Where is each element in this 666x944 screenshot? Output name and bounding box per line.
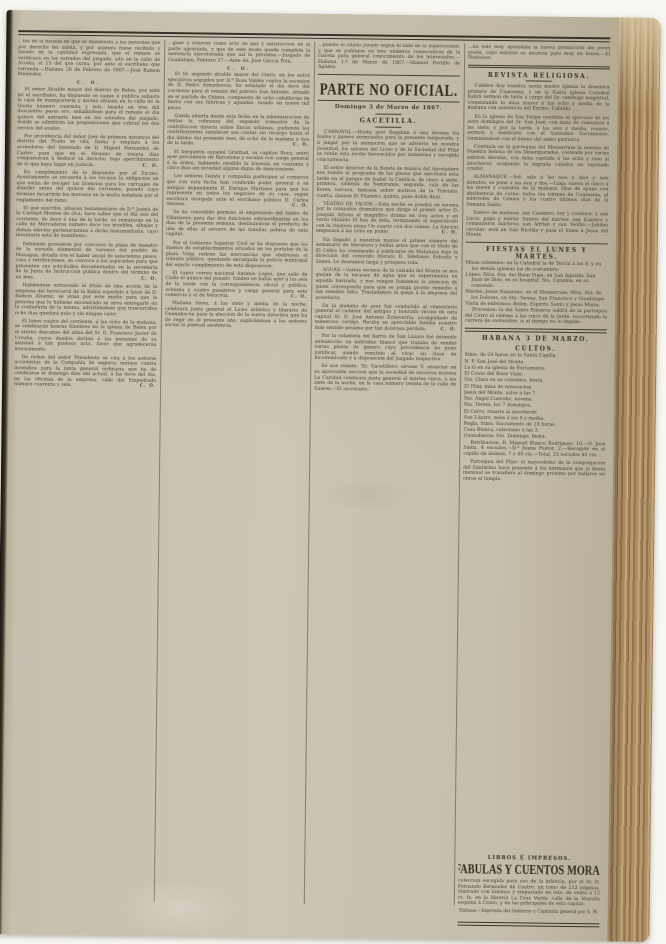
notice-paragraph: Retribucion: D. Manuel Blanco Rodriguez,… bbox=[463, 440, 605, 458]
column-4-flow: ...ha sido muy aplaudida la nueva produc… bbox=[459, 45, 611, 841]
notice-paragraph: Por providencia del señor Juez de primer… bbox=[17, 134, 159, 169]
hairline-rule bbox=[318, 73, 460, 76]
end-mark: C. O. bbox=[284, 295, 307, 300]
notice-paragraph: Los señores Gelats y compañía participan… bbox=[166, 174, 308, 209]
notice-paragraph: ...ha sido muy aplaudida la nueva produc… bbox=[468, 45, 610, 63]
notice-paragraph: Por la celaduría del barrio de San Lázar… bbox=[314, 334, 456, 363]
notice-paragraph: Santos de mañana: san Casimiro, rey y co… bbox=[466, 211, 608, 240]
notice-paragraph: En cumplimiento de lo dispuesto por el E… bbox=[16, 170, 158, 205]
notice-paragraph: Se ha concedido permiso al empresario de… bbox=[166, 210, 308, 239]
book-fore-edge-pages bbox=[607, 18, 660, 942]
column-4-bottom: LIBROS É IMPRESOS.FABULAS Y CUENTOS MORA… bbox=[458, 851, 601, 917]
notice-paragraph: Habiéndose extraviado el título de una a… bbox=[15, 283, 157, 318]
end-mark: C. O. bbox=[133, 384, 156, 389]
notice-paragraph: De órden del señor Presidente se cita á … bbox=[14, 355, 156, 390]
list-line: Mártes: Jesus Nazareno, en el Monserrate… bbox=[465, 290, 607, 303]
double-rule bbox=[465, 328, 607, 333]
bottom-rule bbox=[458, 922, 600, 928]
end-mark: C. O. bbox=[434, 327, 457, 332]
notice-paragraph: En la iglesia de San Felipe continúa el … bbox=[467, 114, 609, 143]
parte-no-oficial-banner: PARTE NO OFICIAL. bbox=[318, 78, 460, 100]
notice-paragraph: El lúnes cuatro del corriente, á las och… bbox=[14, 319, 156, 354]
hairline-rule bbox=[466, 241, 608, 244]
notice-paragraph: coleccion escogida para uso de la infanc… bbox=[458, 879, 600, 908]
notice-paragraph: Ha llegado á nuestras manos el primer nú… bbox=[316, 237, 458, 266]
end-mark: C. O. bbox=[435, 231, 458, 236]
short-center-rule bbox=[375, 114, 401, 115]
notice-paragraph: El señor Alcalde mayor del distrito de B… bbox=[17, 87, 160, 133]
short-center-rule bbox=[375, 126, 401, 127]
newspaper-page: ...tes de la fiscalía en que se manifies… bbox=[0, 10, 661, 942]
notice-paragraph: Procesion: la del Santo Entierro saldrá … bbox=[465, 308, 607, 326]
fiestas-header: FIESTAS EL LUNES Y MARTES. bbox=[466, 246, 608, 262]
text-column-3: ...puesto el citado Jurado segun el fall… bbox=[308, 43, 461, 919]
notice-paragraph: ...gase á conocer como acto de paz y sat… bbox=[168, 41, 310, 65]
list-line: Lúnes: Ntra. Sra. del Buen Viaje, en San… bbox=[465, 273, 607, 291]
notice-paragraph: CARNAVAL.—Hasta ayer llegaban á una doce… bbox=[317, 130, 459, 165]
double-rule bbox=[468, 64, 610, 69]
short-center-rule bbox=[526, 81, 552, 82]
text-column-4: ...ha sido muy aplaudida la nueva produc… bbox=[458, 45, 611, 921]
end-mark: C. O. bbox=[18, 81, 160, 88]
end-mark: C. O. bbox=[285, 204, 308, 209]
notice-paragraph: En la mañana de ayer fué conducido al ce… bbox=[315, 304, 457, 333]
notice-paragraph: El Sr. segundo alcalde mayor del Cerro, … bbox=[167, 72, 309, 113]
notice-paragraph: TEATRO DE TACON.—Esta noche se pondrá en… bbox=[316, 202, 458, 237]
notice-paragraph: El vapor correo nacional Antonio Lopez, … bbox=[165, 271, 307, 300]
end-mark: C. O. bbox=[135, 163, 158, 168]
notice-paragraph: Celebra hoy nuestra santa madre Iglesia … bbox=[467, 84, 609, 113]
notice-paragraph: Parroquia del Pilar: el mayordomo de la … bbox=[463, 460, 605, 484]
text-column-1: ...tes de la fiscalía en que se manifies… bbox=[8, 39, 161, 915]
notice-paragraph: El señor director de la Banda de música … bbox=[316, 166, 458, 201]
notice-paragraph: ...puesto el citado Jurado segun el fall… bbox=[318, 43, 460, 72]
edition-date: Domingo 3 de Marzo de 1867. bbox=[317, 104, 459, 112]
notice-paragraph: Queda abierta desde esta fecha en la adm… bbox=[167, 114, 309, 149]
notice-paragraph: AGUAS.—Varios vecinos de la calzada del … bbox=[315, 268, 457, 303]
notice-paragraph: Por el Gobierno Superior Civil se ha dis… bbox=[166, 241, 308, 270]
notice-paragraph: ALMANAQUE.—Sol: sale á las seis y diez y… bbox=[466, 175, 608, 210]
fabulas-header: FABULAS Y CUENTOS MORALES bbox=[458, 861, 596, 879]
notice-paragraph: ...tes de la fiscalía en que se manifies… bbox=[18, 39, 160, 80]
printed-area: ...tes de la fiscalía en que se manifies… bbox=[8, 30, 611, 927]
gacetilla-header: GACETILLA. bbox=[317, 117, 459, 126]
notice-paragraph: El que suscribe, albacea testamentario d… bbox=[16, 206, 158, 241]
calendar-header: HABANA 3 DE MARZO. bbox=[465, 335, 607, 344]
notice-paragraph: Debiendo proveerse por concurso la plaza… bbox=[15, 242, 157, 283]
text-column-2: ...gase á conocer como acto de paz y sat… bbox=[158, 41, 311, 917]
list-line: Misas solemnes: en la Catedral la de Ter… bbox=[466, 261, 608, 274]
imprint-line: Habana.—Imprenta del Gobierno y Capitaní… bbox=[458, 909, 600, 916]
end-mark: C. O. bbox=[286, 143, 309, 148]
notice-paragraph: Mañana lúnes, á las siete y media de la … bbox=[165, 301, 307, 330]
end-mark: C. O. bbox=[134, 276, 157, 281]
scanned-newspaper-photo: ...tes de la fiscalía en que se manifies… bbox=[0, 0, 666, 944]
notice-paragraph: El bergantin español Gratitud, su capita… bbox=[167, 150, 309, 174]
notice-paragraph: Continúa en la parroquia del Monserrate … bbox=[467, 145, 609, 174]
notice-paragraph: Se nos remite: 'Sr. Gacetillero: sírvase… bbox=[314, 364, 456, 393]
revista-religiosa-header: REVISTA RELIGIOSA. bbox=[468, 71, 610, 80]
